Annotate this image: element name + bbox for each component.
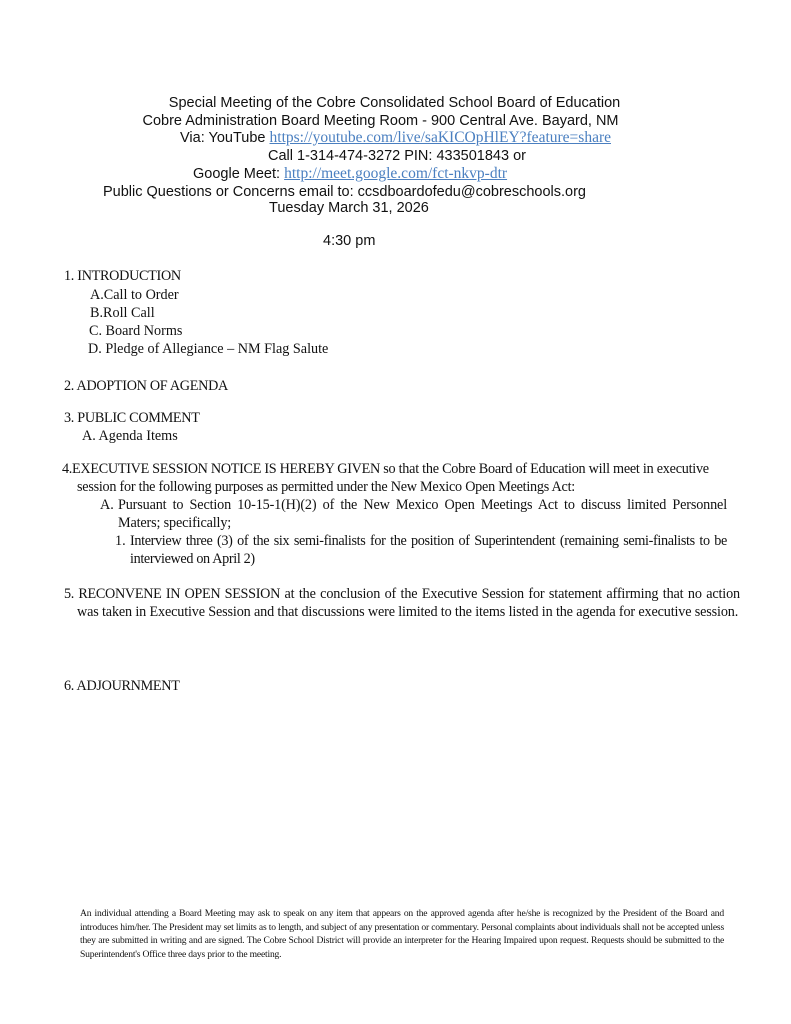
- location-text: Cobre Administration Board Meeting Room …: [0, 112, 791, 130]
- google-meet-link[interactable]: http://meet.google.com/fct-nkvp-dtr: [284, 165, 507, 182]
- agenda-subitem-board-norms: C. Board Norms: [89, 322, 182, 340]
- meeting-location: Cobre Administration Board Meeting Room …: [0, 112, 791, 130]
- youtube-line: Via: YouTube https://youtube.com/live/sa…: [180, 129, 611, 147]
- executive-session-text-line2: session for the following purposes as pe…: [77, 478, 575, 496]
- agenda-item-introduction: 1. INTRODUCTION: [64, 267, 181, 285]
- agenda-item-public-comment: 3. PUBLIC COMMENT: [64, 409, 200, 427]
- public-comment-notice: An individual attending a Board Meeting …: [80, 907, 724, 961]
- agenda-item-adoption: 2. ADOPTION OF AGENDA: [64, 377, 228, 395]
- youtube-label: Via: YouTube: [180, 130, 265, 146]
- meeting-date: Tuesday March 31, 2026: [269, 199, 429, 217]
- youtube-link[interactable]: https://youtube.com/live/saKICOpHlEY?fea…: [270, 129, 611, 146]
- agenda-item-executive-session: 4.EXECUTIVE SESSION NOTICE IS HEREBY GIV…: [62, 460, 709, 478]
- executive-subitem-1-marker: 1.: [115, 532, 126, 550]
- google-meet-label: Google Meet:: [193, 166, 280, 182]
- reconvene-heading: 5. RECONVENE IN OPEN SESSION: [64, 586, 280, 602]
- meeting-title: Special Meeting of the Cobre Consolidate…: [0, 94, 790, 112]
- executive-session-heading: 4.EXECUTIVE SESSION NOTICE IS HEREBY GIV…: [62, 461, 380, 477]
- agenda-subitem-roll-call: B.Roll Call: [90, 304, 155, 322]
- executive-subitem-a-marker: A.: [100, 496, 114, 514]
- executive-subitem-1: Interview three (3) of the six semi-fina…: [130, 532, 727, 568]
- google-meet-line: Google Meet: http://meet.google.com/fct-…: [193, 165, 507, 183]
- agenda-subitem-agenda-items: A. Agenda Items: [82, 427, 178, 445]
- call-line: Call 1-314-474-3272 PIN: 433501843 or: [268, 147, 526, 165]
- title-text: Special Meeting of the Cobre Consolidate…: [0, 94, 790, 112]
- agenda-subitem-call-to-order: A.Call to Order: [90, 286, 179, 304]
- agenda-subitem-pledge: D. Pledge of Allegiance – NM Flag Salute: [88, 340, 328, 358]
- meeting-time: 4:30 pm: [323, 232, 375, 250]
- executive-session-text: so that the Cobre Board of Education wil…: [380, 461, 709, 477]
- agenda-item-reconvene: 5. RECONVENE IN OPEN SESSION at the conc…: [64, 585, 740, 621]
- agenda-item-adjournment: 6. ADJOURNMENT: [64, 677, 180, 695]
- executive-subitem-a: Pursuant to Section 10-15-1(H)(2) of the…: [118, 496, 727, 532]
